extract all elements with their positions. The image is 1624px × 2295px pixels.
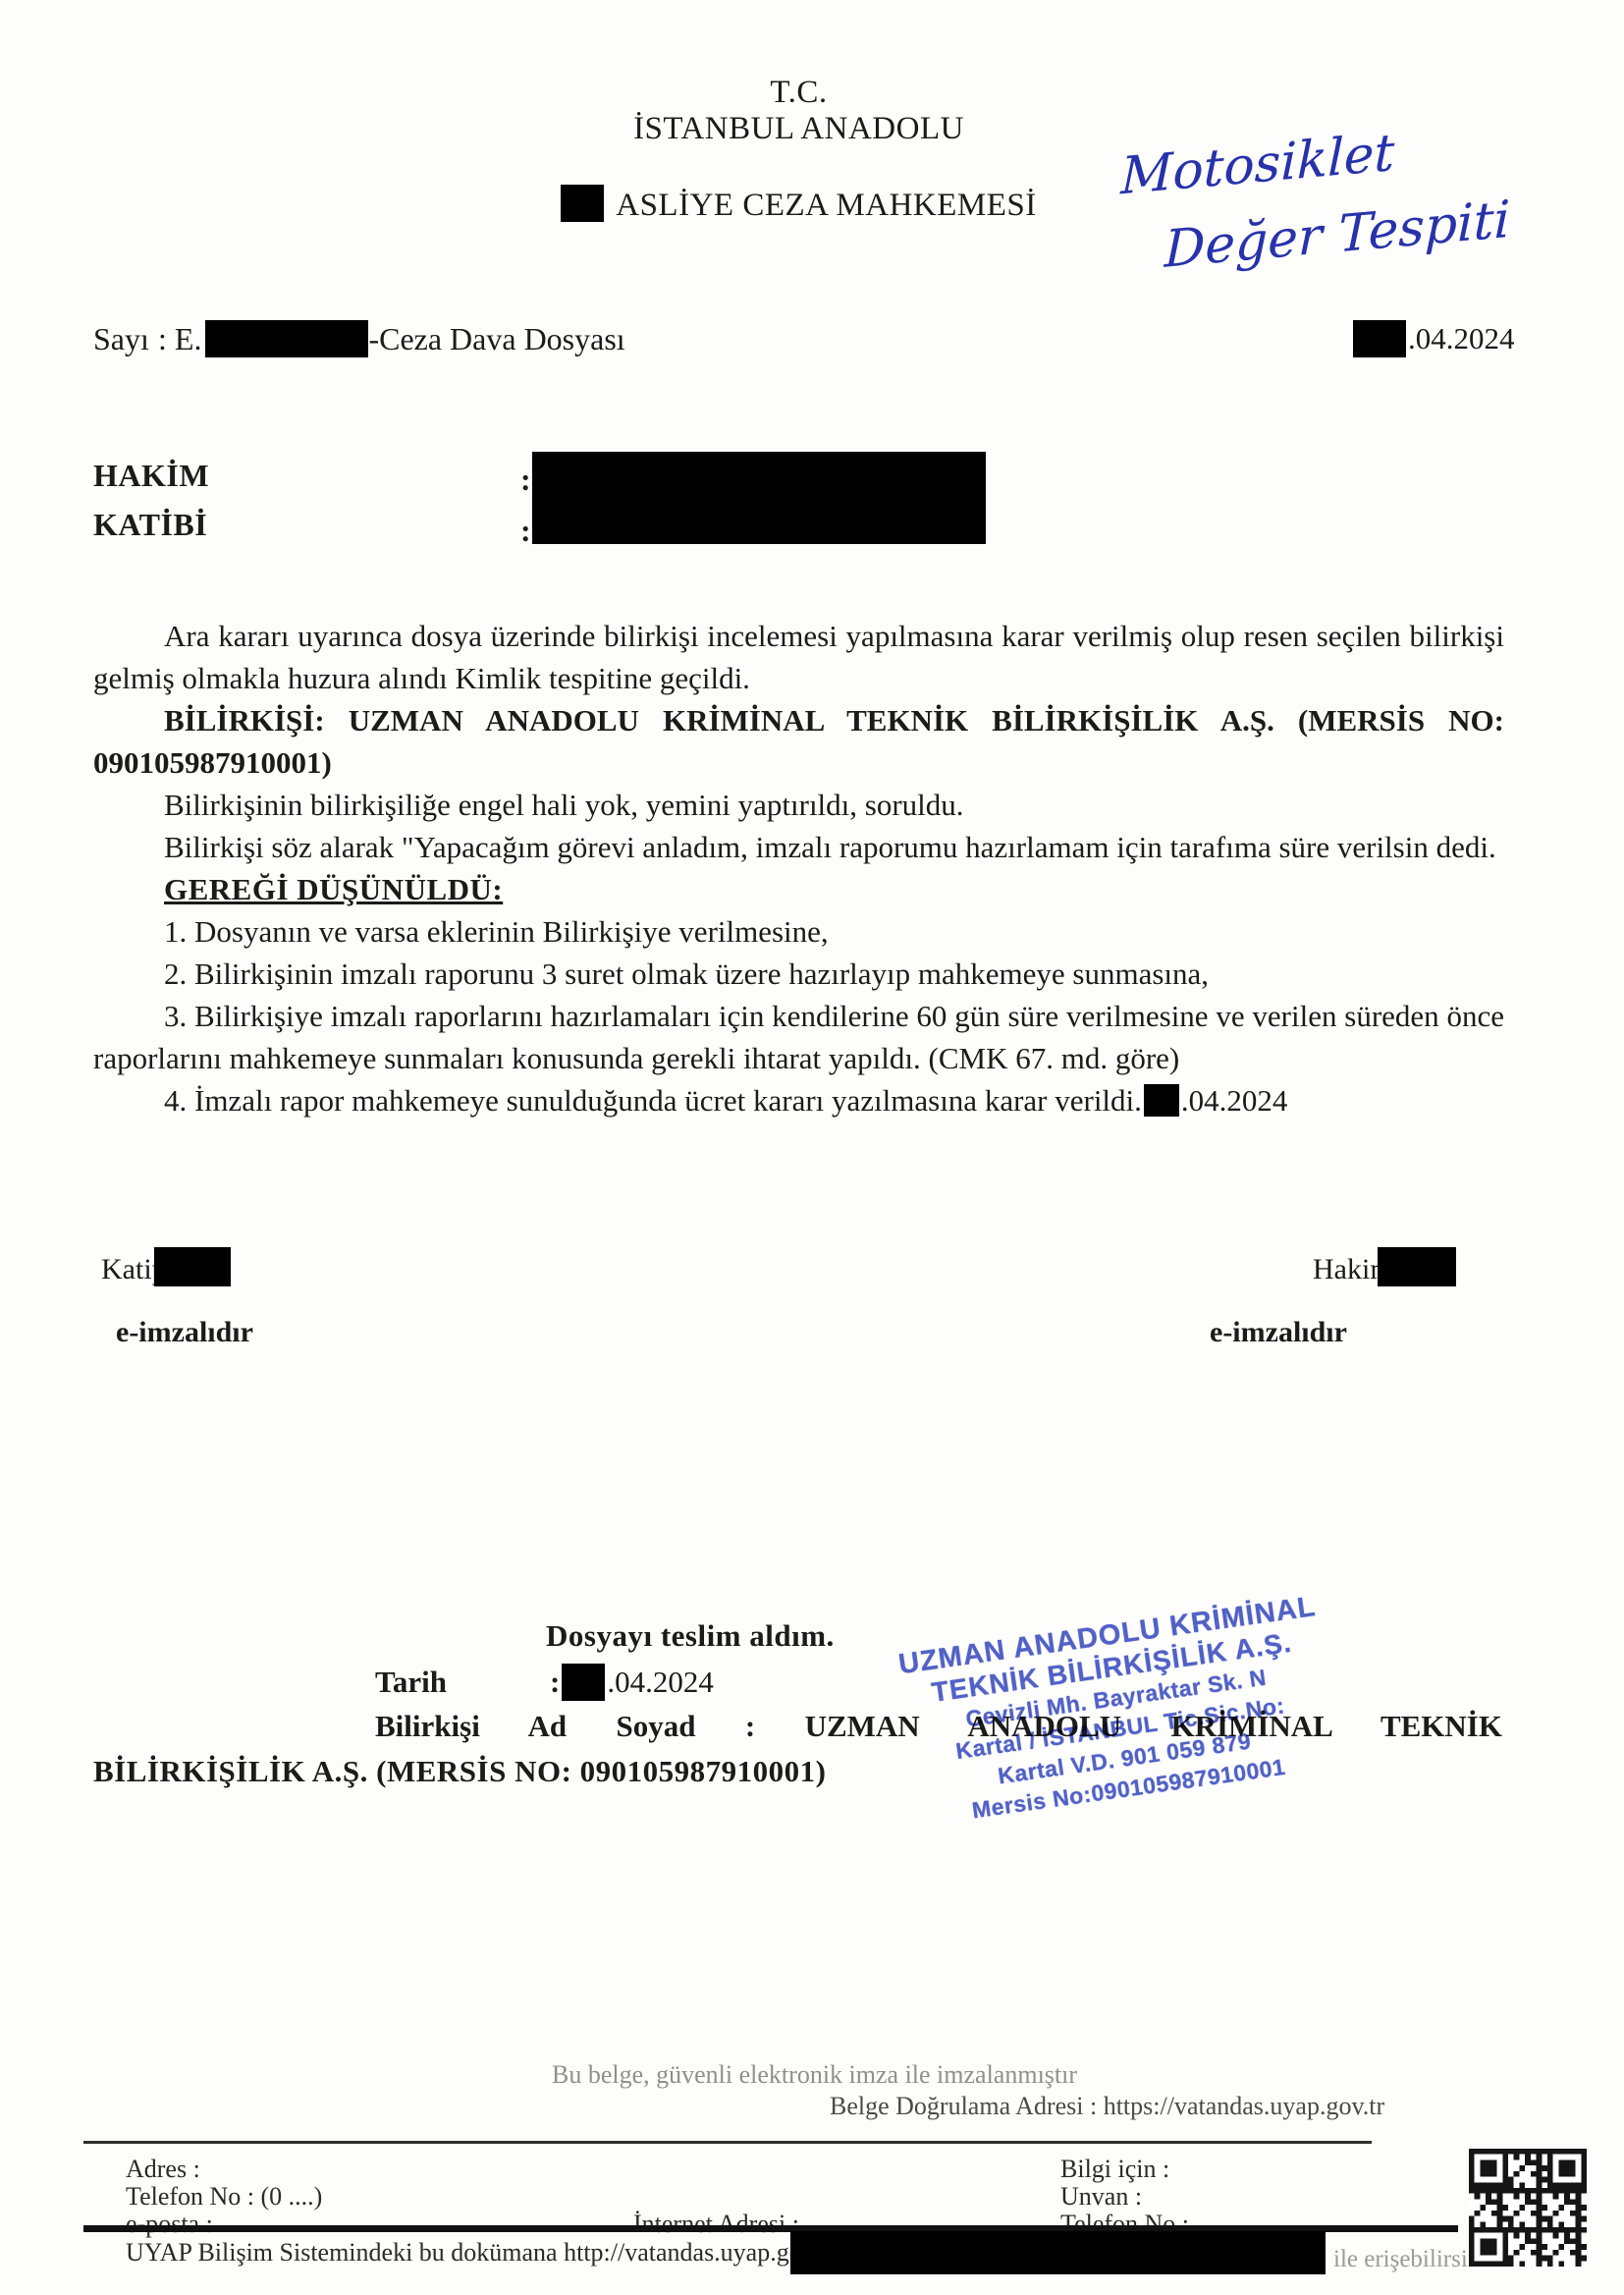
footer-info-label: Bilgi için :: [1060, 2155, 1169, 2184]
ruling-item-3: 3. Bilirkişiye imzalı raporlarını hazırl…: [93, 995, 1504, 1079]
qr-code-pattern: [1469, 2149, 1587, 2267]
esignature-right: e-imzalıdır: [1210, 1316, 1347, 1349]
paragraph-statement: Bilirkişi söz alarak "Yapacağım görevi a…: [93, 826, 1504, 868]
document-date: .04.2024: [1353, 320, 1515, 357]
redaction-judge-clerk-names: [532, 452, 986, 544]
decision-body: Ara kararı uyarınca dosya üzerinde bilir…: [93, 615, 1504, 1121]
redaction-court-number: [561, 185, 604, 222]
footer-address-label: Adres :: [126, 2155, 200, 2184]
footer-rule-top: [83, 2141, 1372, 2144]
ruling-item-4: 4. İmzalı rapor mahkemeye sunulduğunda ü…: [93, 1079, 1504, 1121]
handwritten-note: Motosiklet Değer Tespiti: [1118, 104, 1512, 293]
case-number-suffix: -Ceza Dava Dosyası: [368, 321, 624, 357]
footer-email-label: e-posta :: [126, 2210, 213, 2239]
delivery-date-colon: :: [550, 1665, 560, 1700]
redaction-item4-day: [1144, 1084, 1179, 1117]
paragraph-intro: Ara kararı uyarınca dosya üzerinde bilir…: [93, 615, 1504, 699]
redaction-clerk-name: [154, 1247, 231, 1286]
redaction-case-number: [205, 320, 368, 357]
delivery-expert-line2: BİLİRKİŞİLİK A.Ş. (MERSİS NO: 0901059879…: [93, 1754, 826, 1789]
header-tc: T.C.: [93, 75, 1504, 111]
ruling-heading: GEREĞİ DÜŞÜNÜLDÜ:: [93, 868, 1504, 910]
esignature-note: Bu belge, güvenli elektronik imza ile im…: [552, 2060, 1077, 2090]
redaction-document-code: [790, 2231, 1326, 2274]
case-number-label: Sayı: [93, 321, 158, 357]
clerk-colon: :: [520, 513, 531, 549]
ruling-item-2: 2. Bilirkişinin imzalı raporunu 3 suret …: [93, 953, 1504, 995]
delivery-title: Dosyayı teslim aldım.: [546, 1618, 835, 1654]
paragraph-expert: BİLİRKİŞİ: UZMAN ANADOLU KRİMİNAL TEKNİK…: [93, 699, 1504, 784]
redaction-delivery-day: [562, 1664, 605, 1701]
footer-title-label: Unvan :: [1060, 2182, 1142, 2212]
redaction-date-day: [1353, 320, 1406, 357]
redaction-judge-name: [1378, 1247, 1456, 1286]
footer-web-label: İnternet Adresi :: [633, 2210, 799, 2239]
esignature-left: e-imzalıdır: [116, 1316, 253, 1349]
court-document-page: T.C. İSTANBUL ANADOLU ASLİYE CEZA MAHKEM…: [0, 0, 1624, 2295]
judge-colon: :: [520, 462, 531, 498]
case-number-prefix: : E.: [158, 321, 201, 357]
footer-phone-label: Telefon No : (0 ....): [126, 2182, 322, 2212]
ruling-item-1: 1. Dosyanın ve varsa eklerinin Bilirkişi…: [93, 910, 1504, 953]
verification-address: Belge Doğrulama Adresi : https://vatanda…: [830, 2092, 1384, 2121]
delivery-date-label: Tarih: [375, 1665, 550, 1700]
qr-code: [1469, 2149, 1587, 2267]
company-stamp: UZMAN ANADOLU KRİMİNAL TEKNİK BİLİRKİŞİL…: [852, 1585, 1383, 1840]
judge-label: HAKİM: [93, 458, 209, 494]
delivery-date-row: Tarih : .04.2024: [375, 1664, 714, 1701]
case-number-line: Sayı : E. -Ceza Dava Dosyası: [93, 320, 625, 357]
clerk-label: KATİBİ: [93, 507, 207, 543]
delivery-date-value: .04.2024: [607, 1665, 714, 1700]
paragraph-oath: Bilirkişinin bilirkişiliğe engel hali yo…: [93, 784, 1504, 826]
header-court-name: ASLİYE CEZA MAHKEMESİ: [616, 188, 1037, 223]
ruling-item-4-date: .04.2024: [1181, 1083, 1288, 1118]
ruling-item-4-text: 4. İmzalı rapor mahkemeye sunulduğunda ü…: [164, 1083, 1142, 1118]
document-date-text: .04.2024: [1408, 321, 1515, 356]
